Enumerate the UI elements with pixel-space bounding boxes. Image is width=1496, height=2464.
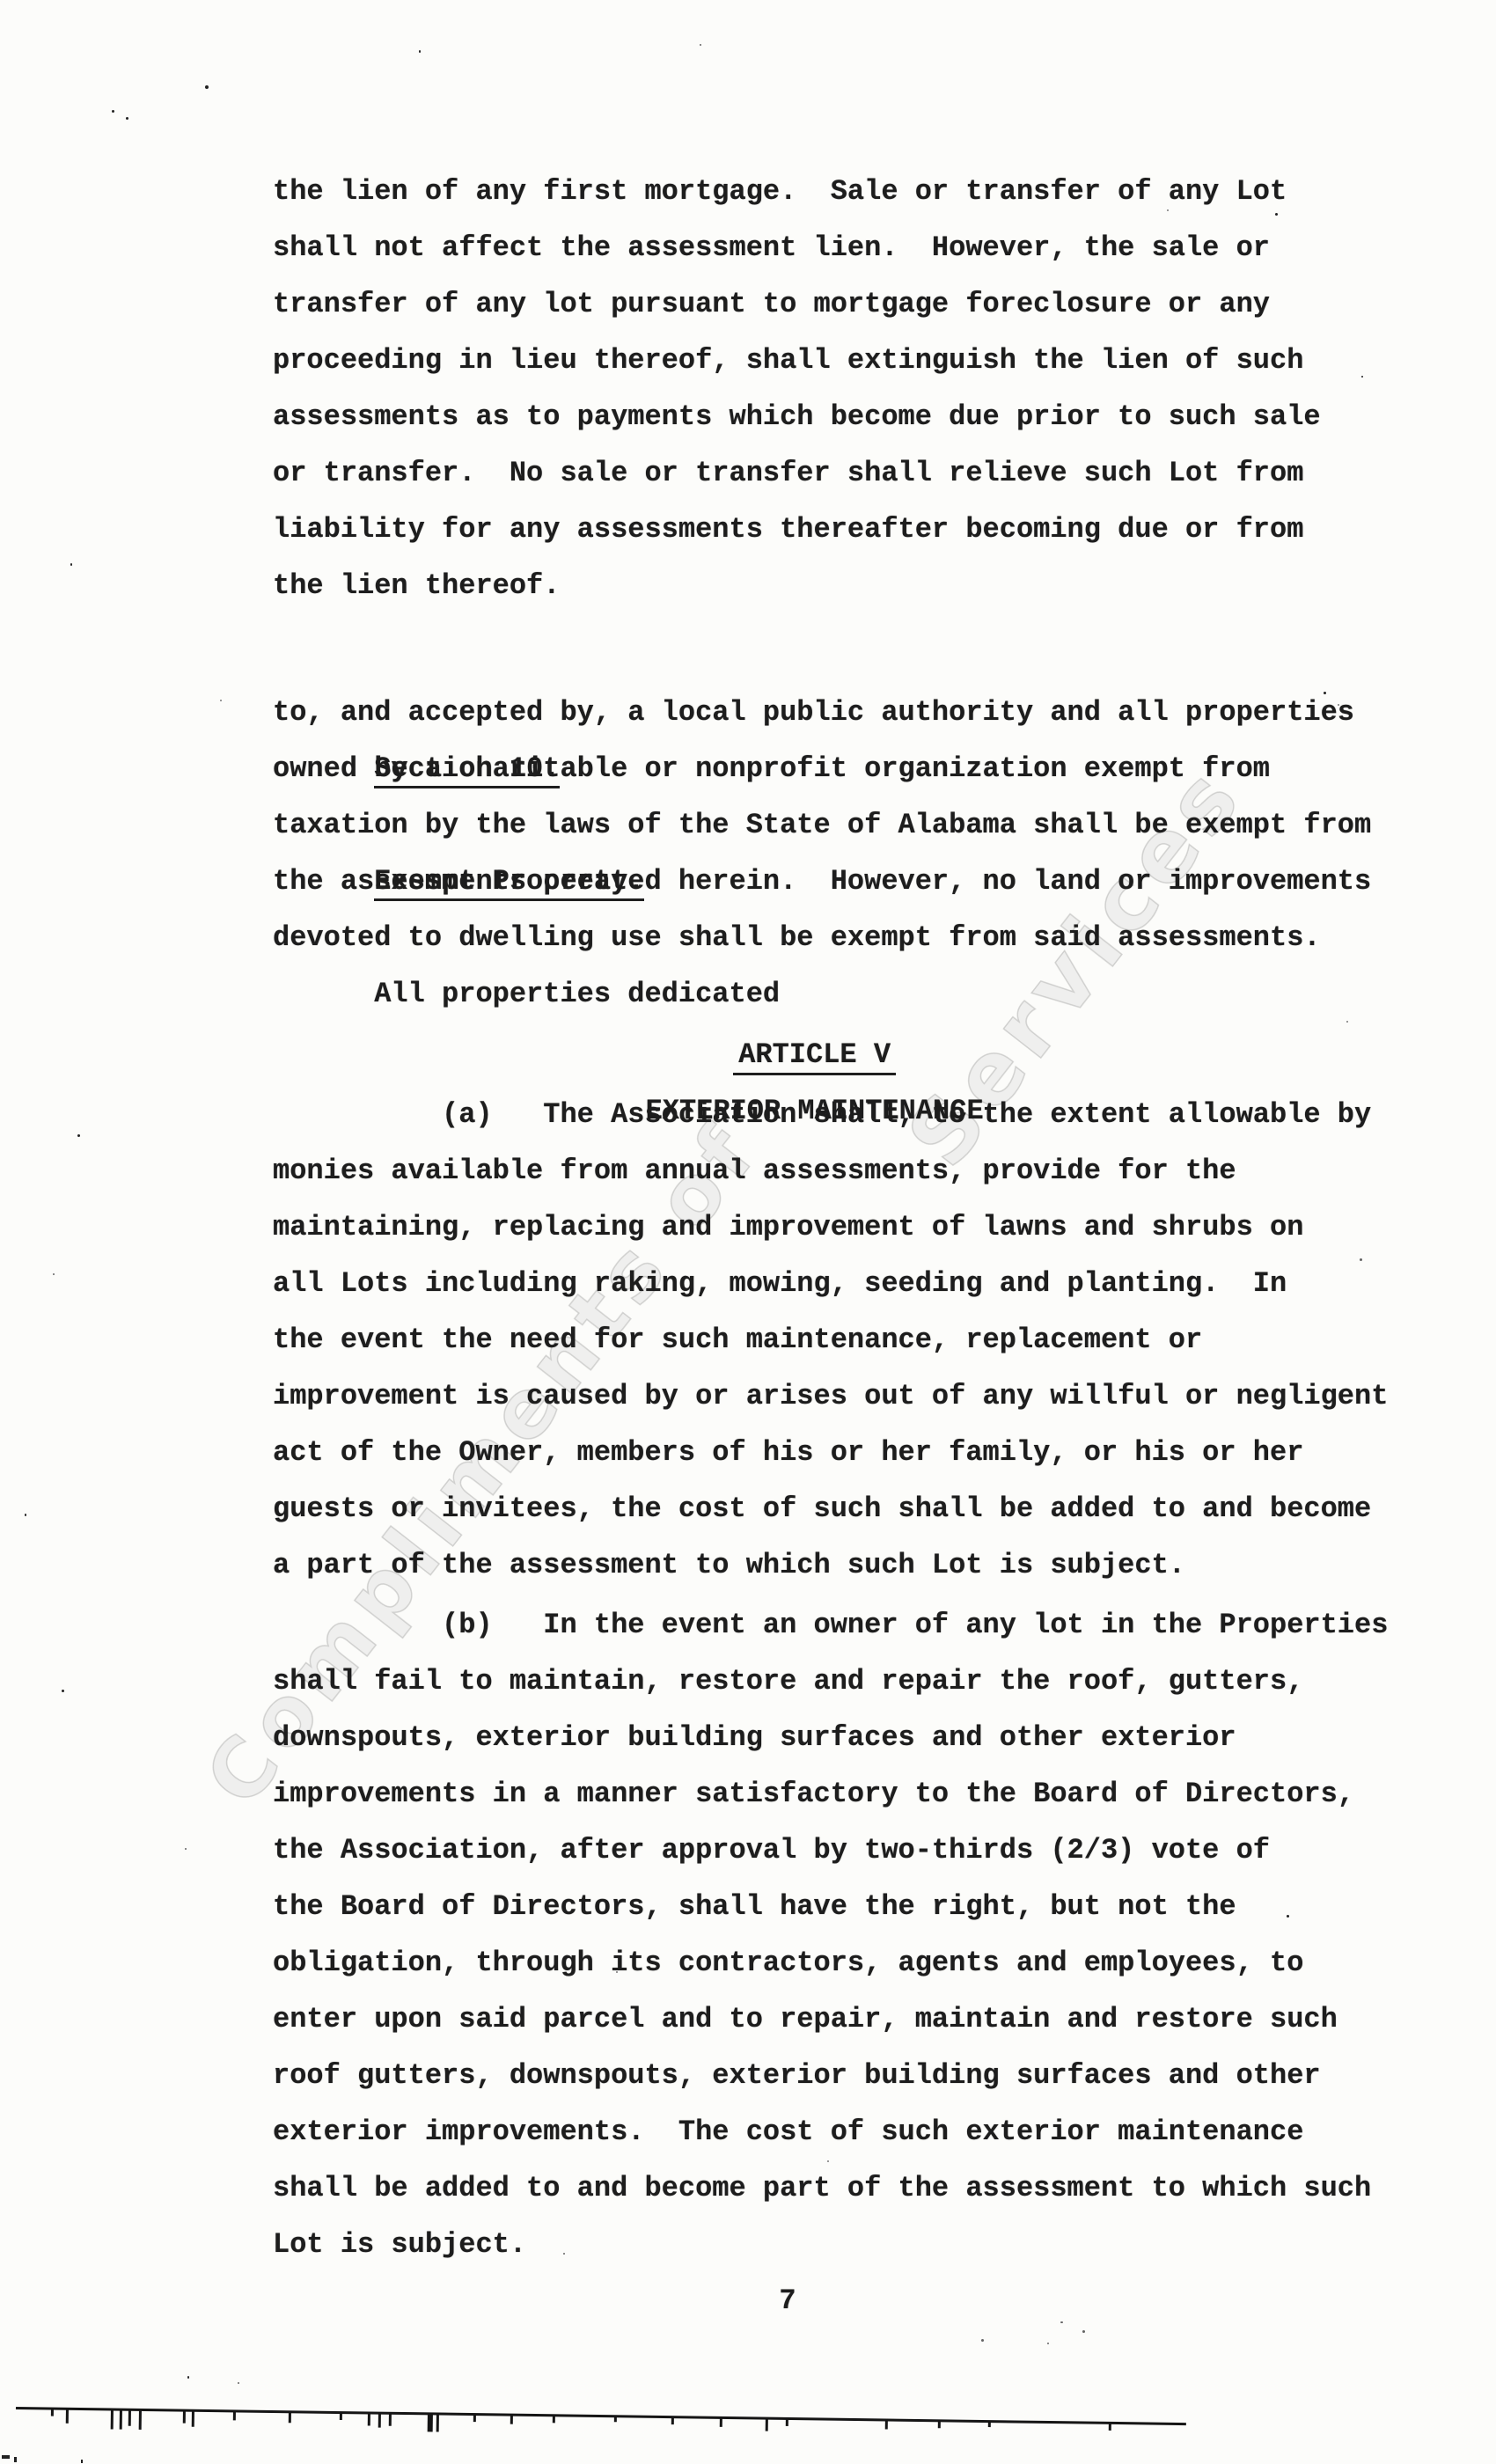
body-text-line: liability for any assessments thereafter… [273, 502, 1417, 558]
body-text-line: Lot is subject. [273, 2217, 1417, 2273]
section-10-heading-line: Section 10. Exempt Property. All propert… [273, 628, 1417, 685]
body-text-line: the lien thereof. [273, 558, 1417, 614]
paragraph-b: (b) In the event an owner of any lot in … [273, 1597, 1417, 2273]
body-text-line: proceeding in lieu thereof, shall exting… [273, 333, 1417, 389]
body-text-line: devoted to dwelling use shall be exempt … [273, 910, 1417, 966]
section-10-text: All properties dedicated [374, 978, 780, 1010]
body-text-line: shall fail to maintain, restore and repa… [273, 1654, 1417, 1710]
body-text-line: to, and accepted by, a local public auth… [273, 685, 1417, 741]
body-text-line: taxation by the laws of the State of Ala… [273, 797, 1417, 854]
body-text-line: downspouts, exterior building surfaces a… [273, 1710, 1417, 1766]
body-text-line: enter upon said parcel and to repair, ma… [273, 1991, 1417, 2048]
body-text-line: improvements in a manner satisfactory to… [273, 1766, 1417, 1822]
body-text-line: the event the need for such maintenance,… [273, 1312, 1417, 1368]
scan-artifact-line [16, 2407, 1186, 2425]
body-text-line: the Board of Directors, shall have the r… [273, 1879, 1417, 1935]
body-text-line: assessments as to payments which become … [273, 389, 1417, 445]
body-text-line: shall be added to and become part of the… [273, 2160, 1417, 2217]
body-text-line: exterior improvements. The cost of such … [273, 2104, 1417, 2160]
paragraph-a: (a) The Association shall, to the extent… [273, 1087, 1417, 1594]
document-text-column: the lien of any first mortgage. Sale or … [273, 164, 1417, 2329]
body-text-line: obligation, through its contractors, age… [273, 1935, 1417, 1991]
scanned-document-page: Compliments of Services the lien of any … [0, 0, 1496, 2464]
body-text-line: or transfer. No sale or transfer shall r… [273, 445, 1417, 502]
body-text-line: roof gutters, downspouts, exterior build… [273, 2048, 1417, 2104]
body-text-line: act of the Owner, members of his or her … [273, 1425, 1417, 1481]
body-text-line: transfer of any lot pursuant to mortgage… [273, 276, 1417, 333]
body-text-line: all Lots including raking, mowing, seedi… [273, 1256, 1417, 1312]
body-text-line: monies available from annual assessments… [273, 1143, 1417, 1199]
body-text-line: (b) In the event an owner of any lot in … [273, 1597, 1417, 1654]
body-text-line: improvement is caused by or arises out o… [273, 1368, 1417, 1425]
body-text-line: a part of the assessment to which such L… [273, 1537, 1417, 1594]
body-text-line: the assessments created herein. However,… [273, 854, 1417, 910]
page-number: 7 [273, 2273, 1302, 2329]
body-text-line: the lien of any first mortgage. Sale or … [273, 164, 1417, 220]
continued-paragraph: the lien of any first mortgage. Sale or … [273, 164, 1417, 614]
body-text-line: shall not affect the assessment lien. Ho… [273, 220, 1417, 276]
body-text-line: maintaining, replacing and improvement o… [273, 1199, 1417, 1256]
body-text-line: owned by a charitable or nonprofit organ… [273, 741, 1417, 797]
section-10-paragraph: to, and accepted by, a local public auth… [273, 685, 1417, 966]
body-text-line: the Association, after approval by two-t… [273, 1822, 1417, 1879]
article-v-heading-text: ARTICLE V [733, 1038, 896, 1075]
body-text-line: (a) The Association shall, to the extent… [273, 1087, 1417, 1143]
body-text-line: guests or invitees, the cost of such sha… [273, 1481, 1417, 1537]
